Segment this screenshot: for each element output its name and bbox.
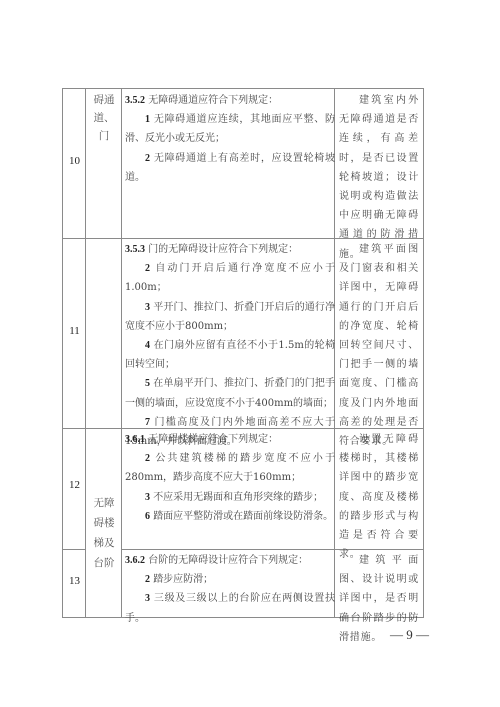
check-cell: 设置无障碍楼梯时，其楼梯详图中的踏步宽度、高度及楼梯的踏步形式与构造是否符合要求… [339,430,419,564]
item-text: 在门扇外应留有直径不小于1.5m的轮椅回转空间； [125,340,335,370]
review-table: 10 碍通道、门 3.5.2 无障碍通道应符合下列规定： 1 无障碍通道应连续，… [62,88,424,618]
requirement-cell: 3.5.2 无障碍通道应符合下列规定： 1 无障碍通道应连续，其地面应平整、防滑… [125,91,335,187]
category-cell: 无障碍楼梯及台阶 [86,493,122,573]
item-number: 3 [145,302,150,313]
requirement-cell: 3.5.3 门的无障碍设计应符合下列规定： 2 自动门开启后通行净宽度不应小于1… [125,240,335,451]
check-text: 设置无障碍楼梯时，其楼梯详图中的踏步宽度、高度及楼梯的踏步形式与构造是否符合要求… [339,430,419,564]
row-number: 10 [63,155,86,167]
row-number: 11 [63,325,86,337]
item-text: 在单扇平开门、推拉门、折叠门的门把手一侧的墙面，应设宽度不小于400mm的墙面； [125,378,335,408]
item-number: 1 [145,114,150,125]
category-cell: 碍通道、门 [86,91,122,145]
requirement-cell: 3.6.1 无障碍楼梯应符合下列规定： 2 公共建筑楼梯的踏步宽度不应小于280… [125,430,335,526]
item-text: 无障碍通道上有高差时，应设置轮椅坡道。 [125,153,335,183]
check-cell: 建筑室内外无障碍通道是否连续，有高差时，是否已设置轮椅坡道；设计说明或构造做法中… [339,91,419,264]
item-text: 平开门、推拉门、折叠门开启后的通行净宽度不应小于800mm； [125,302,335,332]
item-number: 6 [145,511,150,522]
item-text: 踏面应平整防滑或在踏面前缘设防滑条。 [153,511,333,522]
item-number: 5 [145,378,150,389]
item-number: 2 [145,453,150,464]
clause-number: 3.5.3 [125,244,145,255]
item-text: 不应采用无踢面和直角形突缘的踏步； [153,492,323,503]
item-text: 三级及三级以上的台阶应在两侧设置扶手。 [125,593,335,623]
clause-title: 无障碍通道应符合下列规定： [148,95,278,106]
item-number: 2 [145,574,150,585]
row-number: 12 [63,479,86,491]
category-text: 碍通道、门 [86,91,122,145]
clause-title: 门的无障碍设计应符合下列规定： [148,244,298,255]
item-number: 4 [145,340,150,351]
clause-title: 台阶的无障碍设计应符合下列规定： [148,555,308,566]
page-number: — 9 — [390,627,429,643]
clause-number: 3.5.2 [125,95,145,106]
check-cell: 建筑平面图及门窗表和相关详图中，无障碍通行的门开启后的净宽度、轮椅回转空间尺寸、… [339,240,419,451]
item-text: 无障碍通道应连续，其地面应平整、防滑、反光小或无反光； [125,114,335,144]
category-text: 无障碍楼梯及台阶 [86,493,122,573]
item-text: 自动门开启后通行净宽度不应小于1.00m； [125,263,335,293]
clause-number: 3.6.1 [125,434,145,445]
item-number: 2 [145,153,150,164]
check-text: 建筑平面图及门窗表和相关详图中，无障碍通行的门开启后的净宽度、轮椅回转空间尺寸、… [339,240,419,451]
item-number: 2 [145,263,150,274]
item-text: 公共建筑楼梯的踏步宽度不应小于280mm，踏步高度不应大于160mm； [125,453,335,483]
item-number: 3 [145,492,150,503]
clause-title: 无障碍楼梯应符合下列规定： [148,434,278,445]
check-text: 建筑室内外无障碍通道是否连续，有高差时，是否已设置轮椅坡道；设计说明或构造做法中… [339,91,419,264]
requirement-cell: 3.6.2 台阶的无障碍设计应符合下列规定： 2 踏步应防滑； 3 三级及三级以… [125,551,335,628]
item-number: 3 [145,593,150,604]
item-text: 踏步应防滑； [153,574,213,585]
row-number: 13 [63,575,86,587]
row-divider [63,549,85,550]
clause-number: 3.6.2 [125,555,145,566]
item-number: 7 [145,417,150,428]
